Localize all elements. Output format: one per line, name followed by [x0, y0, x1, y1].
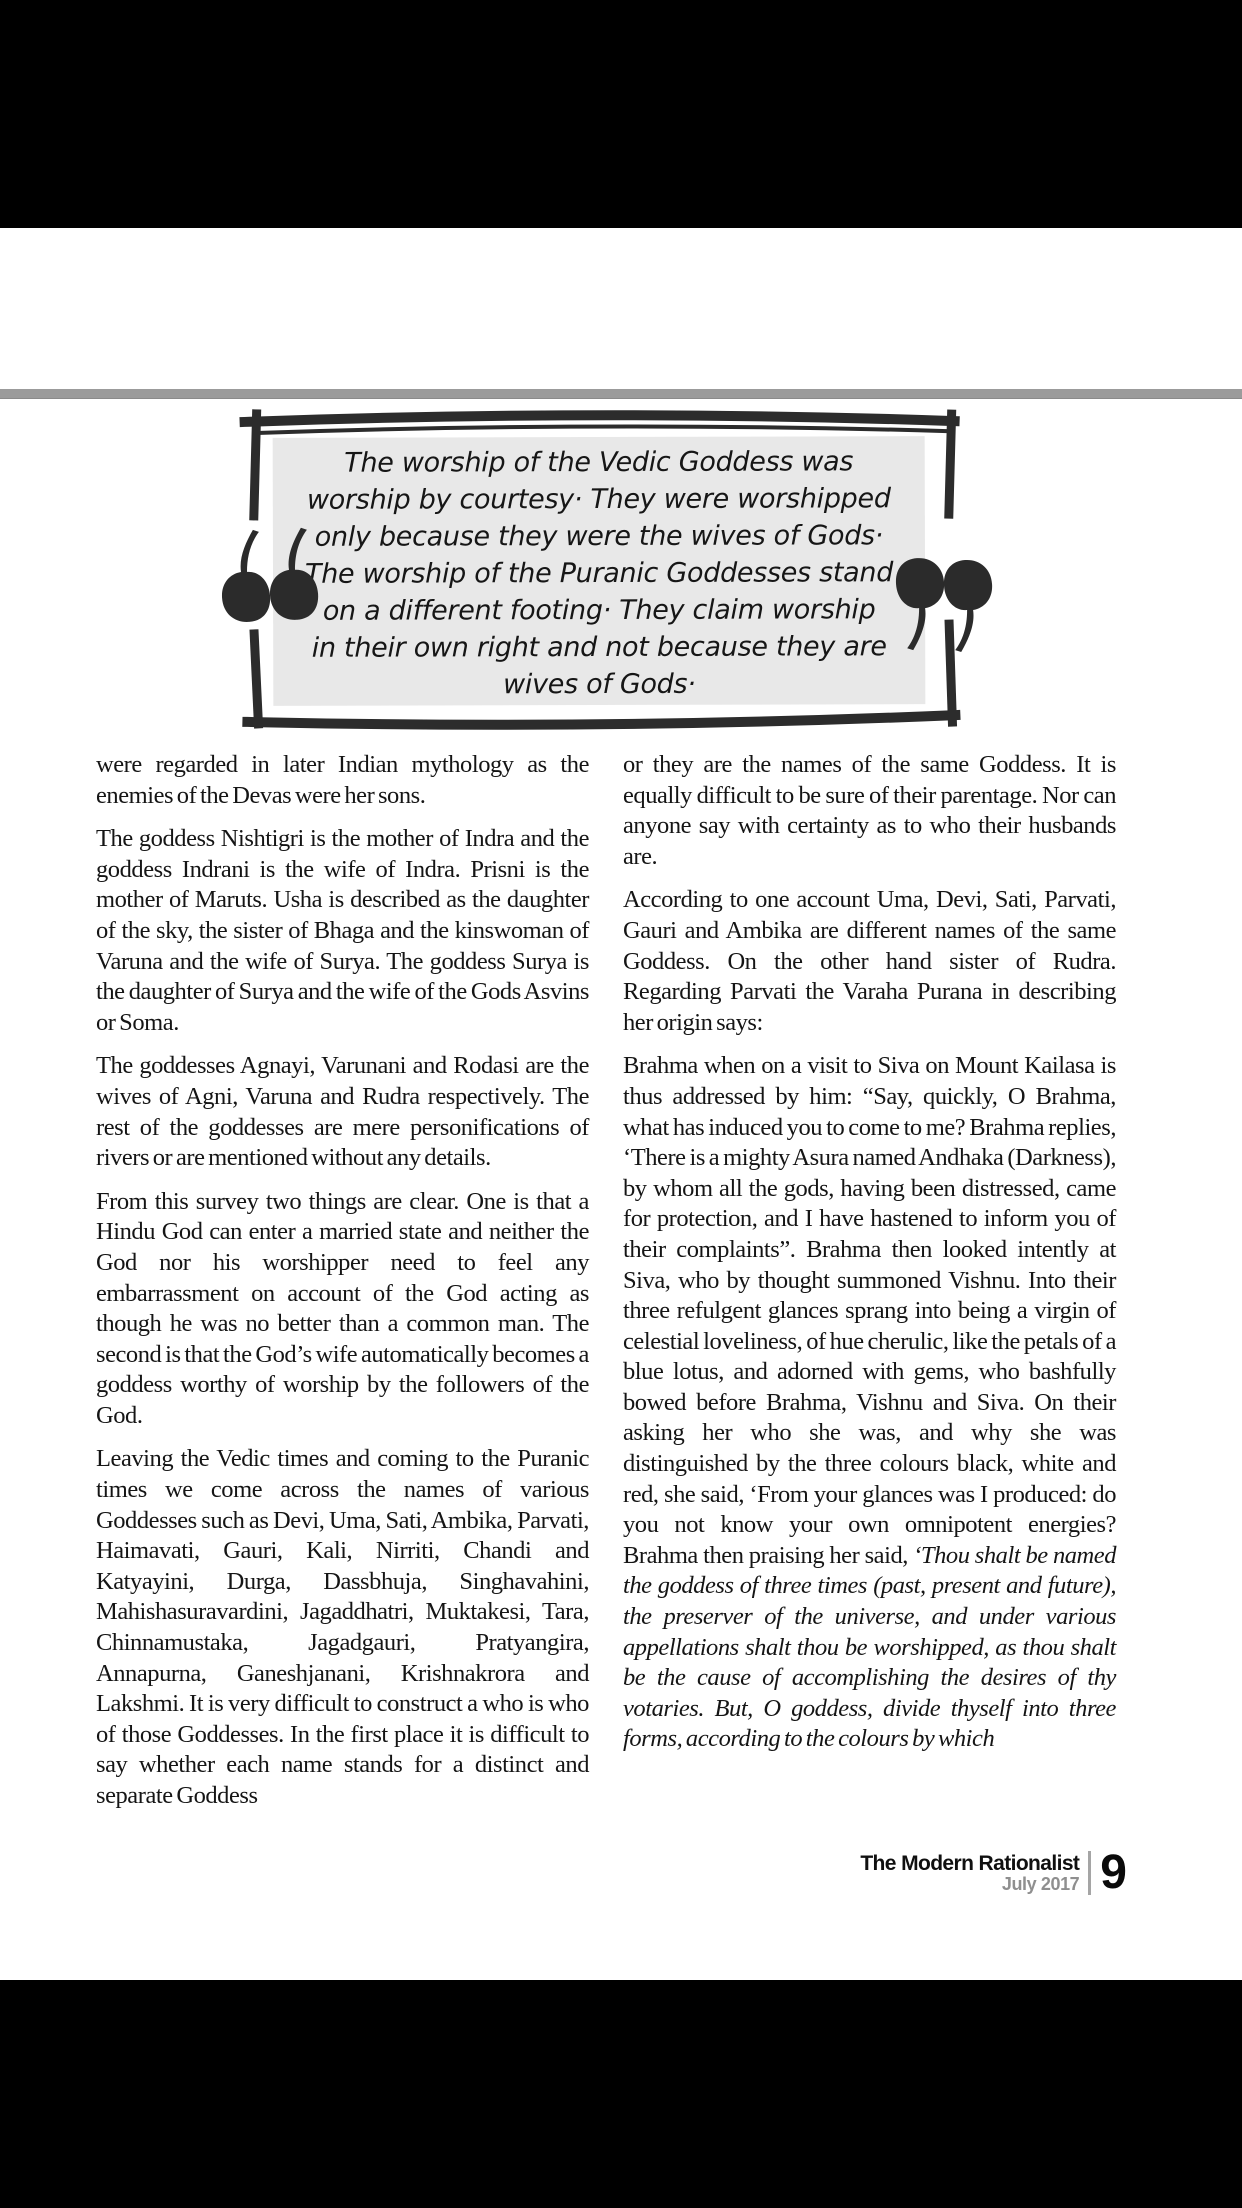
paragraph: The goddess Nishtigri is the mother of I… [96, 824, 589, 1038]
page-number: 9 [1100, 1851, 1126, 1895]
open-quote-icon [222, 528, 318, 622]
paragraph: According to one account Uma, Devi, Sati… [623, 885, 1116, 1038]
footer-divider [1088, 1851, 1091, 1895]
paragraph: Brahma when on a visit to Siva on Mount … [623, 1051, 1116, 1755]
hand-drawn-frame [205, 402, 1001, 740]
close-quote-icon [896, 558, 992, 652]
right-column: or they are the names of the same Goddes… [623, 750, 1116, 1825]
paragraph: From this survey two things are clear. O… [96, 1187, 589, 1432]
footer-text: The Modern Rationalist July 2017 [860, 1852, 1079, 1894]
paragraph: or they are the names of the same Goddes… [623, 750, 1116, 872]
top-black-bar [0, 0, 1242, 228]
pull-quote-box: The worship of the Vedic Goddess waswors… [250, 414, 956, 724]
bottom-black-bar [0, 1980, 1242, 2208]
horizontal-rule [0, 389, 1242, 399]
left-column: were regarded in later Indian mythology … [96, 750, 589, 1825]
issue-date: July 2017 [860, 1875, 1079, 1894]
paragraph: were regarded in later Indian mythology … [96, 750, 589, 811]
page-footer: The Modern Rationalist July 2017 9 [860, 1851, 1126, 1895]
paragraph: Leaving the Vedic times and coming to th… [96, 1444, 589, 1811]
paragraph: The goddesses Agnayi, Varunani and Rodas… [96, 1051, 589, 1173]
magazine-title: The Modern Rationalist [860, 1852, 1079, 1875]
article-body: were regarded in later Indian mythology … [96, 750, 1116, 1825]
magazine-page: The worship of the Vedic Goddess waswors… [0, 0, 1242, 2208]
